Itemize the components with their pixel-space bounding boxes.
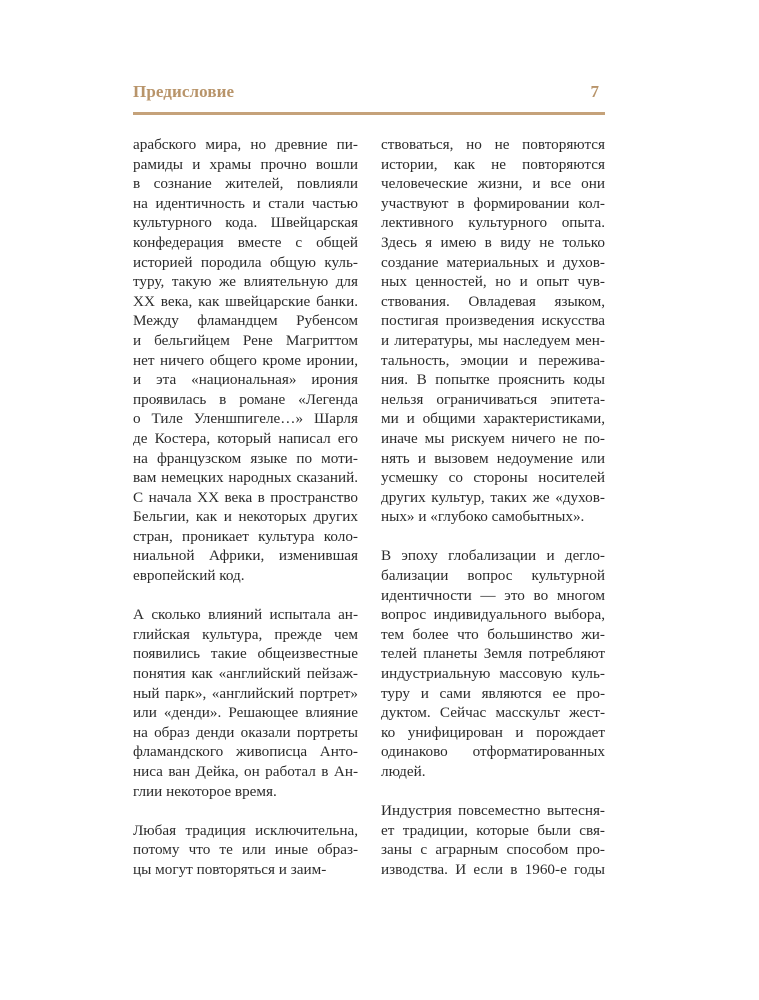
text-line: людей. <box>381 762 605 782</box>
text-line: нять и вызовем недоумение или <box>381 449 605 469</box>
text-line: проявилась в романе «Легенда <box>133 390 358 410</box>
text-line: ный парк», «английский портрет» <box>133 684 358 704</box>
text-line: лективного культурного опыта. <box>381 213 605 233</box>
text-line: понятия как «английский пейзаж- <box>133 664 358 684</box>
text-line: европейский код. <box>133 566 358 586</box>
text-line: индустриальную массовую куль- <box>381 664 605 684</box>
running-title: Предисловие <box>133 82 234 102</box>
text-line: бализации вопрос культурной <box>381 566 605 586</box>
text-line: А сколько влияний испытала ан- <box>133 605 358 625</box>
text-line: культурного кода. Швейцарская <box>133 213 358 233</box>
text-line: о Тиле Уленшпигеле…» Шарля <box>133 409 358 429</box>
text-line: усмешку со стороны носителей <box>381 468 605 488</box>
text-line: ниса ван Дейка, он работал в Ан- <box>133 762 358 782</box>
text-line: тальность, эмоции и пережива- <box>381 351 605 371</box>
paragraph: В эпоху глобализации и дегло-бализации в… <box>381 546 605 781</box>
text-line: вам немецких народных сказаний. <box>133 468 358 488</box>
text-line: нельзя ограничиваться эпитета- <box>381 390 605 410</box>
text-line: на французском языке по моти- <box>133 449 358 469</box>
text-line: туру и сами являются ее про- <box>381 684 605 704</box>
text-line: фламандского живописца Анто- <box>133 742 358 762</box>
paragraph: А сколько влияний испытала ан-глийская к… <box>133 605 358 801</box>
text-line: глийская культура, прежде чем <box>133 625 358 645</box>
left-column: арабского мира, но древние пи-рамиды и х… <box>133 135 358 880</box>
text-line: и бельгийцем Рене Магриттом <box>133 331 358 351</box>
text-line: ми и общими характеристиками, <box>381 409 605 429</box>
text-line: создание материальных и духов- <box>381 253 605 273</box>
text-line: арабского мира, но древние пи- <box>133 135 358 155</box>
text-line: ных ценностей, но и опыт чув- <box>381 272 605 292</box>
text-line: Здесь я имею в виду не только <box>381 233 605 253</box>
text-line: конфедерация вместе с общей <box>133 233 358 253</box>
page-number: 7 <box>591 82 600 102</box>
text-line: одинаково отформатированных <box>381 742 605 762</box>
text-line: тем более что большинство жи- <box>381 625 605 645</box>
text-line: на идентичность и стали частью <box>133 194 358 214</box>
text-line: вопрос индивидуального выбора, <box>381 605 605 625</box>
text-line: в сознание жителей, повлияли <box>133 174 358 194</box>
text-line: Бельгии, как и некоторых других <box>133 507 358 527</box>
text-line: дуктом. Сейчас масскульт жест- <box>381 703 605 723</box>
text-line: цы могут повторяться и заим- <box>133 860 358 880</box>
text-line: других культур, таких же «духов- <box>381 488 605 508</box>
text-line: на образ денди оказали портреты <box>133 723 358 743</box>
text-line: глии некоторое время. <box>133 782 358 802</box>
text-line: изводства. И если в 1960-е годы <box>381 860 605 880</box>
text-line: Между фламандцем Рубенсом <box>133 311 358 331</box>
text-line: истории, как не повторяются <box>381 155 605 175</box>
text-line: появились такие общеизвестные <box>133 644 358 664</box>
paragraph: Индустрия повсеместно вытесня-ет традици… <box>381 801 605 879</box>
text-line: постигая произведения искусства <box>381 311 605 331</box>
text-line: рамиды и храмы прочно вошли <box>133 155 358 175</box>
text-line: идентичности — это во многом <box>381 586 605 606</box>
text-line: телей планеты Земля потребляют <box>381 644 605 664</box>
header-rule <box>133 112 605 115</box>
text-line: иначе мы рискуем ничего не по- <box>381 429 605 449</box>
text-line: ных» и «глубоко самобытных». <box>381 507 605 527</box>
text-line: ниальной Африки, изменившая <box>133 546 358 566</box>
text-line: человеческие жизни, и все они <box>381 174 605 194</box>
text-line: заны с аграрным способом про- <box>381 840 605 860</box>
text-line: Индустрия повсеместно вытесня- <box>381 801 605 821</box>
text-line: и эта «национальная» ирония <box>133 370 358 390</box>
text-line: потому что те или иные образ- <box>133 840 358 860</box>
text-line: ствоваться, но не повторяются <box>381 135 605 155</box>
text-line: и литературы, мы наследуем мен- <box>381 331 605 351</box>
right-column: ствоваться, но не повторяютсяистории, ка… <box>381 135 605 880</box>
text-line: нет ничего общего кроме иронии, <box>133 351 358 371</box>
paragraph: арабского мира, но древние пи-рамиды и х… <box>133 135 358 586</box>
text-line: участвуют в формировании кол- <box>381 194 605 214</box>
paragraph: Любая традиция исключительна,потому что … <box>133 821 358 880</box>
text-line: Любая традиция исключительна, <box>133 821 358 841</box>
text-line: туру, такую же влиятельную для <box>133 272 358 292</box>
text-line: ния. В попытке прояснить коды <box>381 370 605 390</box>
text-line: или «денди». Решающее влияние <box>133 703 358 723</box>
text-line: историей породила общую куль- <box>133 253 358 273</box>
text-line: ет традиции, которые были свя- <box>381 821 605 841</box>
text-line: ствования. Овладевая языком, <box>381 292 605 312</box>
book-page: Предисловие 7 арабского мира, но древние… <box>0 0 759 1000</box>
text-line: стран, проникает культура коло- <box>133 527 358 547</box>
text-line: ко унифицирован и порождает <box>381 723 605 743</box>
paragraph: ствоваться, но не повторяютсяистории, ка… <box>381 135 605 527</box>
text-line: XX века, как швейцарские банки. <box>133 292 358 312</box>
running-head: Предисловие 7 <box>133 82 605 106</box>
text-line: В эпоху глобализации и дегло- <box>381 546 605 566</box>
text-line: де Костера, который написал его <box>133 429 358 449</box>
text-line: С начала XX века в пространство <box>133 488 358 508</box>
